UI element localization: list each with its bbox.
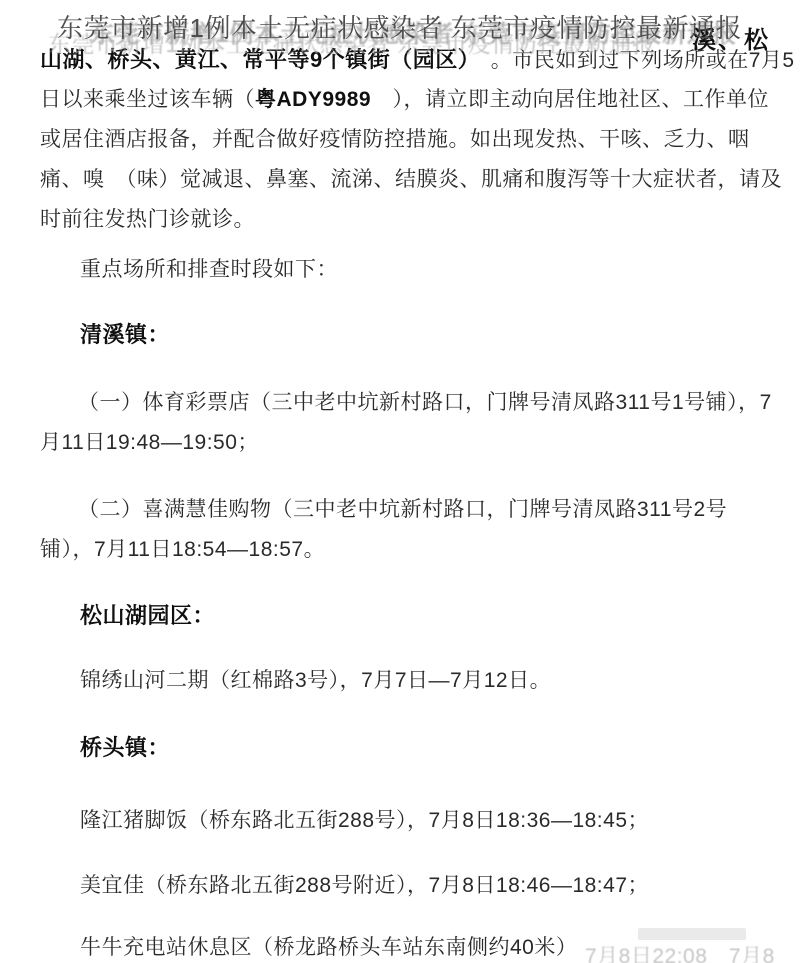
section-heading-qingxi: 清溪镇： [80,320,170,350]
qiaotou-entry3-faded-time: 7月8日22:08 7月8 [585,940,775,963]
article-page: 东莞市新增1例本土无症状感染者 东莞市疫情防控最新通报 东莞市新增1例本土无症状… [0,0,800,963]
plate-number: 粤ADY9989 [255,88,371,111]
article-title-overlay: 东莞市新增1例本土无症状感染者 东莞市疫情防控最新通报 [57,8,742,45]
vehicle-pre-text: 日以来乘坐过该车辆（ [40,88,255,111]
section-heading-qiaotou: 桥头镇： [80,733,170,763]
qingxi-entry2-line1: （二）喜满慧佳购物（三中老中坑新村路口，门牌号清凤路311号2号 [78,495,727,525]
intro-line-symptoms: 痛、嗅 （味）觉减退、鼻塞、流涕、结膜炎、肌痛和腹泻等十大症状者，请及 [40,165,782,195]
qingxi-entry1-line1: （一）体育彩票店（三中老中坑新村路口，门牌号清凤路311号1号铺），7 [78,388,772,418]
intro-line-report: 或居住酒店报备，并配合做好疫情防控措施。如出现发热、干咳、乏力、咽 [40,125,750,155]
intro-line-vehicle: 日以来乘坐过该车辆（粤ADY9989 ），请立即主动向居住地社区、工作单位 [40,85,769,115]
qingxi-entry1-line2: 月11日19:48—19:50； [40,428,259,458]
smear-artifact [638,928,746,940]
qiaotou-entry2: 美宜佳（桥东路北五街288号附近），7月8日18:46—18:47； [80,871,649,901]
qiaotou-entry1: 隆江猪脚饭（桥东路北五街288号），7月8日18:36—18:45； [80,806,649,836]
vehicle-rest-text: ），请立即主动向居住地社区、工作单位 [371,88,769,111]
intro-line-clinic: 时前往发热门诊就诊。 [40,205,255,235]
section-heading-songshanhu: 松山湖园区： [80,601,215,631]
qingxi-entry2-line2: 铺），7月11日18:54—18:57。 [40,535,325,565]
qiaotou-entry3: 牛牛充电站休息区（桥龙路桥头车站东南侧约40米） [80,933,577,963]
songshanhu-entry1: 锦绣山河二期（红棉路3号），7月7日—7月12日。 [80,666,551,696]
lead-line: 重点场所和排查时段如下： [80,255,338,285]
